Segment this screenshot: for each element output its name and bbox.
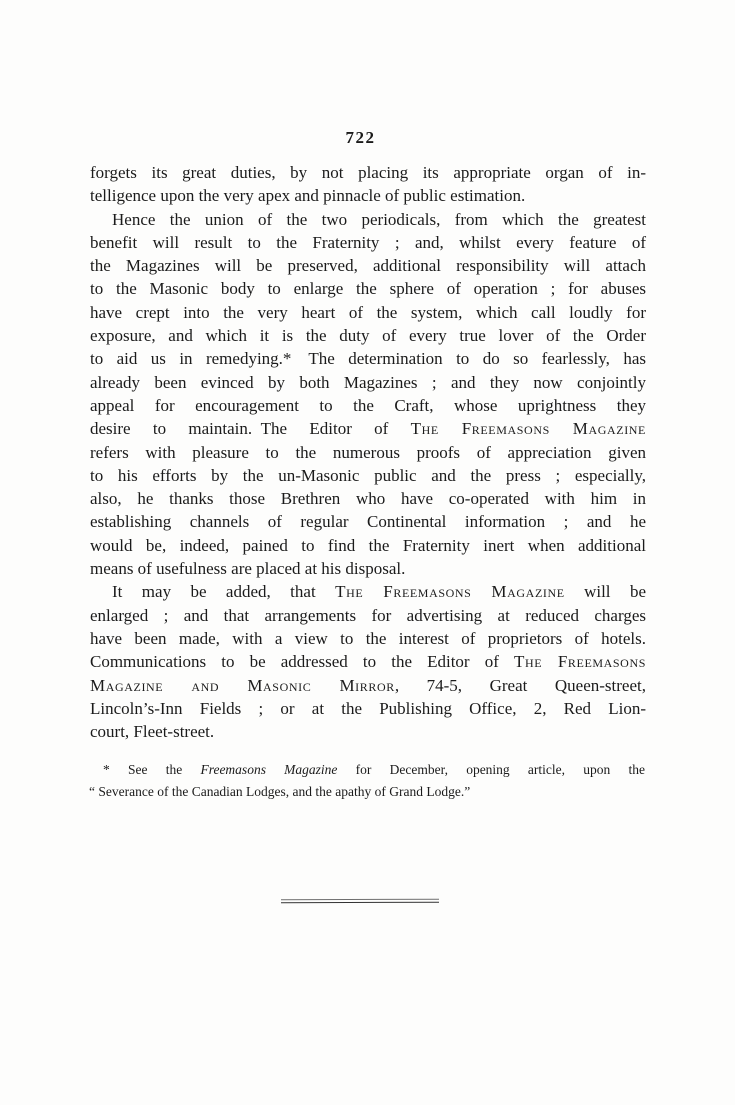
text-segment: court, Fleet-street. — [90, 722, 214, 741]
text-line: It may be added, that The Freemasons Mag… — [90, 580, 646, 603]
text-segment: , 74-5, Great Queen-street, — [395, 676, 646, 695]
text-segment: forgets its great duties, by not placing… — [90, 163, 646, 182]
text-segment: telligence upon the very apex and pinnac… — [90, 186, 525, 205]
text-line: court, Fleet-street. — [90, 720, 646, 743]
smallcaps-text: Magazine and Masonic Mirror — [90, 676, 395, 695]
text-line: Communications to be addressed to the Ed… — [90, 650, 646, 673]
text-line: appeal for encouragement to the Craft, w… — [90, 394, 646, 417]
text-segment: to his efforts by the un-Masonic public … — [90, 466, 646, 485]
smallcaps-text: The Freemasons — [514, 652, 646, 671]
text-line: also, he thanks those Brethren who have … — [90, 487, 646, 510]
text-line: already been evinced by both Magazines ;… — [90, 371, 646, 394]
text-segment: have been made, with a view to the inter… — [90, 629, 646, 648]
text-segment: establishing channels of regular Contine… — [90, 512, 646, 531]
text-line: refers with pleasure to the numerous pro… — [90, 441, 646, 464]
text-segment: also, he thanks those Brethren who have … — [90, 489, 646, 508]
text-line: benefit will result to the Fraternity ; … — [90, 231, 646, 254]
text-segment: Hence the union of the two periodicals, … — [112, 210, 646, 229]
text-segment: exposure, and which it is the duty of ev… — [90, 326, 646, 345]
text-segment: It may be added, that — [112, 582, 335, 601]
text-segment: have crept into the very heart of the sy… — [90, 303, 646, 322]
separator-rule — [281, 899, 439, 904]
text-segment: for December, opening article, upon the — [337, 762, 645, 777]
page-number: 722 — [0, 128, 721, 148]
text-line: desire to maintain. The Editor of The Fr… — [90, 417, 646, 440]
text-segment: refers with pleasure to the numerous pro… — [90, 443, 646, 462]
text-line: * See the Freemasons Magazine for Decemb… — [89, 759, 645, 781]
text-line: the Magazines will be preserved, additio… — [90, 254, 646, 277]
smallcaps-text: The Freemasons Magazine — [411, 419, 646, 438]
text-line: exposure, and which it is the duty of ev… — [90, 324, 646, 347]
text-line: to aid us in remedying.* The determinati… — [90, 347, 646, 370]
smallcaps-text: The Freemasons Magazine — [335, 582, 565, 601]
text-segment: means of usefulness are placed at his di… — [90, 559, 405, 578]
text-line: forgets its great duties, by not placing… — [90, 161, 646, 184]
text-line: would be, indeed, pained to find the Fra… — [90, 534, 646, 557]
text-line: have crept into the very heart of the sy… — [90, 301, 646, 324]
text-segment: enlarged ; and that arrangements for adv… — [90, 606, 646, 625]
text-line: Lincoln’s-Inn Fields ; or at the Publish… — [90, 697, 646, 720]
scanned-document-page: 722 forgets its great duties, by not pla… — [0, 0, 735, 1105]
text-line: Magazine and Masonic Mirror, 74-5, Great… — [90, 674, 646, 697]
text-line: “ Severance of the Canadian Lodges, and … — [89, 781, 645, 803]
text-line: to the Masonic body to enlarge the spher… — [90, 277, 646, 300]
text-segment: would be, indeed, pained to find the Fra… — [90, 536, 646, 555]
text-segment: will be — [565, 582, 646, 601]
text-line: means of usefulness are placed at his di… — [90, 557, 646, 580]
text-segment: the Magazines will be preserved, additio… — [90, 256, 646, 275]
text-line: enlarged ; and that arrangements for adv… — [90, 604, 646, 627]
text-segment: Communications to be addressed to the Ed… — [90, 652, 514, 671]
text-segment: benefit will result to the Fraternity ; … — [90, 233, 646, 252]
text-line: to his efforts by the un-Masonic public … — [90, 464, 646, 487]
text-segment: “ Severance of the Canadian Lodges, and … — [89, 784, 470, 799]
text-line: have been made, with a view to the inter… — [90, 627, 646, 650]
body-text: forgets its great duties, by not placing… — [90, 161, 646, 743]
footnote: * See the Freemasons Magazine for Decemb… — [89, 759, 645, 802]
text-segment: already been evinced by both Magazines ;… — [90, 373, 646, 392]
text-segment: to the Masonic body to enlarge the spher… — [90, 279, 646, 298]
text-line: Hence the union of the two periodicals, … — [90, 208, 646, 231]
text-segment: Lincoln’s-Inn Fields ; or at the Publish… — [90, 699, 646, 718]
text-segment: * See the — [103, 762, 200, 777]
text-segment: to aid us in remedying.* The determinati… — [90, 349, 646, 368]
text-line: telligence upon the very apex and pinnac… — [90, 184, 646, 207]
text-segment: desire to maintain. The Editor of — [90, 419, 411, 438]
text-line: establishing channels of regular Contine… — [90, 510, 646, 533]
italic-text: Freemasons Magazine — [200, 762, 337, 777]
text-segment: appeal for encouragement to the Craft, w… — [90, 396, 646, 415]
